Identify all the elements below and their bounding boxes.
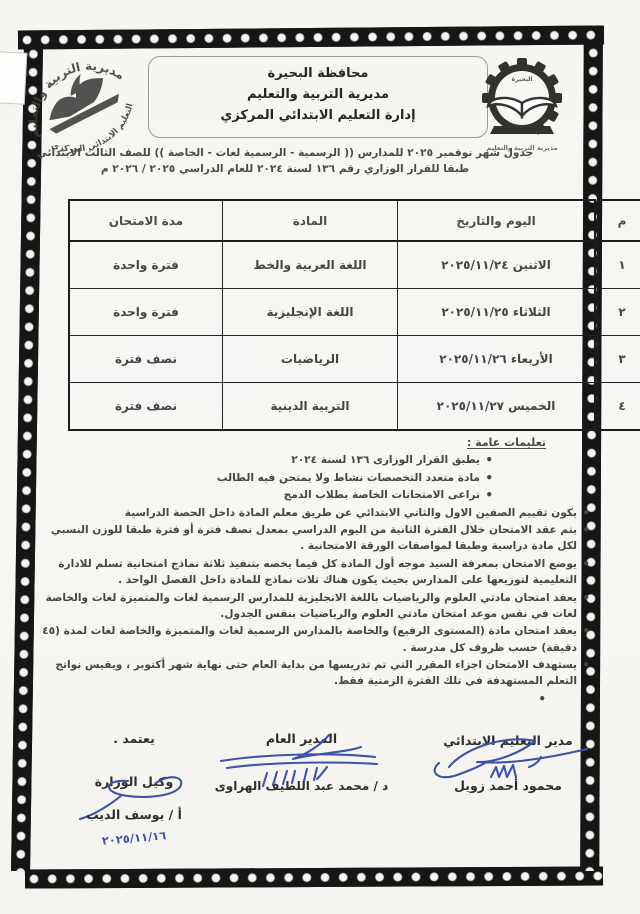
instruction-item: يعقد امتحان مادتي العلوم والرياضيات بالل… (30, 590, 592, 622)
signer-title: وكيل الوزارة (44, 774, 224, 789)
signer-name: محمود أحمد زويل (454, 778, 562, 793)
signature-block-undersecretary: يعتمد . وكيل الوزارة أ / يوسف الديب ٢٠٢٥… (44, 731, 224, 845)
row-number: ٢ (597, 289, 640, 336)
exam-row: ٢الثلاثاء ٢٠٢٥/١١/٢٥اللغة الإنجليزيةفترة… (69, 289, 640, 336)
day-and-date: الثلاثاء ٢٠٢٥/١١/٢٥ (398, 289, 597, 336)
instruction-item: يستهدف الامتحان اجزاء المقرر التي تم تدر… (30, 657, 592, 689)
column-header: م (597, 200, 640, 241)
signature-block-primary-education-director: مدير التعليم الابتدائي محمود أحمد زويل (412, 733, 604, 794)
title-line-1: جدول شهر نوفمبر ٢٠٢٥ للمدارس (( الرسمية … (28, 147, 542, 159)
exam-row: ١الاثنين ٢٠٢٥/١١/٢٤اللغة العربية والخطفت… (69, 241, 640, 289)
exam-duration: نصف فترة (69, 336, 223, 383)
row-number: ٣ (597, 336, 640, 383)
row-number: ٤ (597, 383, 640, 431)
subject: اللغة الإنجليزية (223, 289, 398, 336)
column-header: المادة (223, 200, 398, 241)
subject: التربية الدينية (223, 383, 398, 431)
ministry-logo: البحيرة مديرية التربية والتعليم (466, 56, 578, 152)
instruction-item: مادة متعدد التخصصات نشاط ولا يمتحن فيه ا… (30, 470, 495, 486)
exam-duration: فترة واحدة (69, 289, 223, 336)
day-and-date: الأربعاء ٢٠٢٥/١١/٢٦ (398, 336, 597, 383)
instruction-item: يعقد امتحان مادة (المستوى الرفيع) والخاص… (30, 623, 592, 655)
column-header: اليوم والتاريخ (398, 200, 597, 241)
exam-duration: نصف فترة (69, 383, 223, 431)
scanned-document-page: مديرية التربية والتعليم ادارة التعليم ال… (0, 0, 640, 914)
gear-book-icon: البحيرة (466, 56, 578, 144)
signer-name: أ / يوسف الديب (86, 807, 182, 822)
exam-row: ٤الخميس ٢٠٢٥/١١/٢٧التربية الدينيةنصف فتر… (69, 383, 640, 431)
logo-inner-label: البحيرة (512, 76, 533, 83)
signatures-section: مدير التعليم الابتدائي محمود أحمد زويل ا… (30, 731, 610, 871)
directorate-line: مديرية التربية والتعليم (149, 84, 487, 105)
governorate-line: محافظة البحيرة (149, 63, 487, 84)
signer-name: د / محمد عبد اللطيف الهراوى (215, 779, 388, 793)
exam-row: ٣الأربعاء ٢٠٢٥/١١/٢٦الرياضياتنصف فترة (69, 336, 640, 383)
day-and-date: الخميس ٢٠٢٥/١١/٢٧ (398, 383, 597, 431)
exam-table-head-row: ماليوم والتاريخالمادةمدة الامتحان (69, 200, 640, 241)
instruction-item (30, 691, 548, 704)
title-line-2: طبقا للقرار الوزاري رقم ١٣٦ لسنة ٢٠٢٤ لل… (28, 163, 542, 175)
handwritten-date: ٢٠٢٥/١١/١٦ (44, 823, 225, 853)
exam-table-body: ١الاثنين ٢٠٢٥/١١/٢٤اللغة العربية والخطفت… (69, 241, 640, 430)
row-number: ١ (597, 241, 640, 289)
approved-label: يعتمد . (44, 731, 224, 746)
document-title: جدول شهر نوفمبر ٢٠٢٥ للمدارس (( الرسمية … (28, 147, 542, 175)
column-header: مدة الامتحان (69, 200, 223, 241)
letterhead-box: محافظة البحيرة مديرية التربية والتعليم إ… (148, 56, 488, 138)
day-and-date: الاثنين ٢٠٢٥/١١/٢٤ (398, 241, 597, 289)
subject: اللغة العربية والخط (223, 241, 398, 289)
instruction-item: تراعى الامتحانات الخاصة بطلاب الدمج (30, 487, 495, 503)
instruction-item: يتم عقد الامتحان خلال الفترة الثانية من … (30, 522, 592, 554)
administration-line: إدارة التعليم الابتدائي المركزي (149, 105, 487, 126)
instruction-item: يكون تقييم الصفين الاول والثاني الابتدائ… (30, 505, 592, 521)
subject: الرياضيات (223, 336, 398, 383)
instruction-item: يوضع الامتحان بمعرفة السيد موجه أول الما… (30, 556, 592, 588)
exam-duration: فترة واحدة (69, 241, 223, 289)
exam-schedule-table: ماليوم والتاريخالمادةمدة الامتحان ١الاثن… (68, 199, 640, 431)
signer-title: مدير التعليم الابتدائي (412, 733, 604, 748)
instruction-item: يطبق القرار الوزارى ١٣٦ لسنة ٢٠٢٤ (30, 452, 495, 468)
instructions-heading: تعليمات عامة : (30, 436, 546, 449)
notes-list: يطبق القرار الوزارى ١٣٦ لسنة ٢٠٢٤مادة مت… (30, 452, 592, 704)
general-instructions: تعليمات عامة : يطبق القرار الوزارى ١٣٦ ل… (30, 436, 592, 705)
